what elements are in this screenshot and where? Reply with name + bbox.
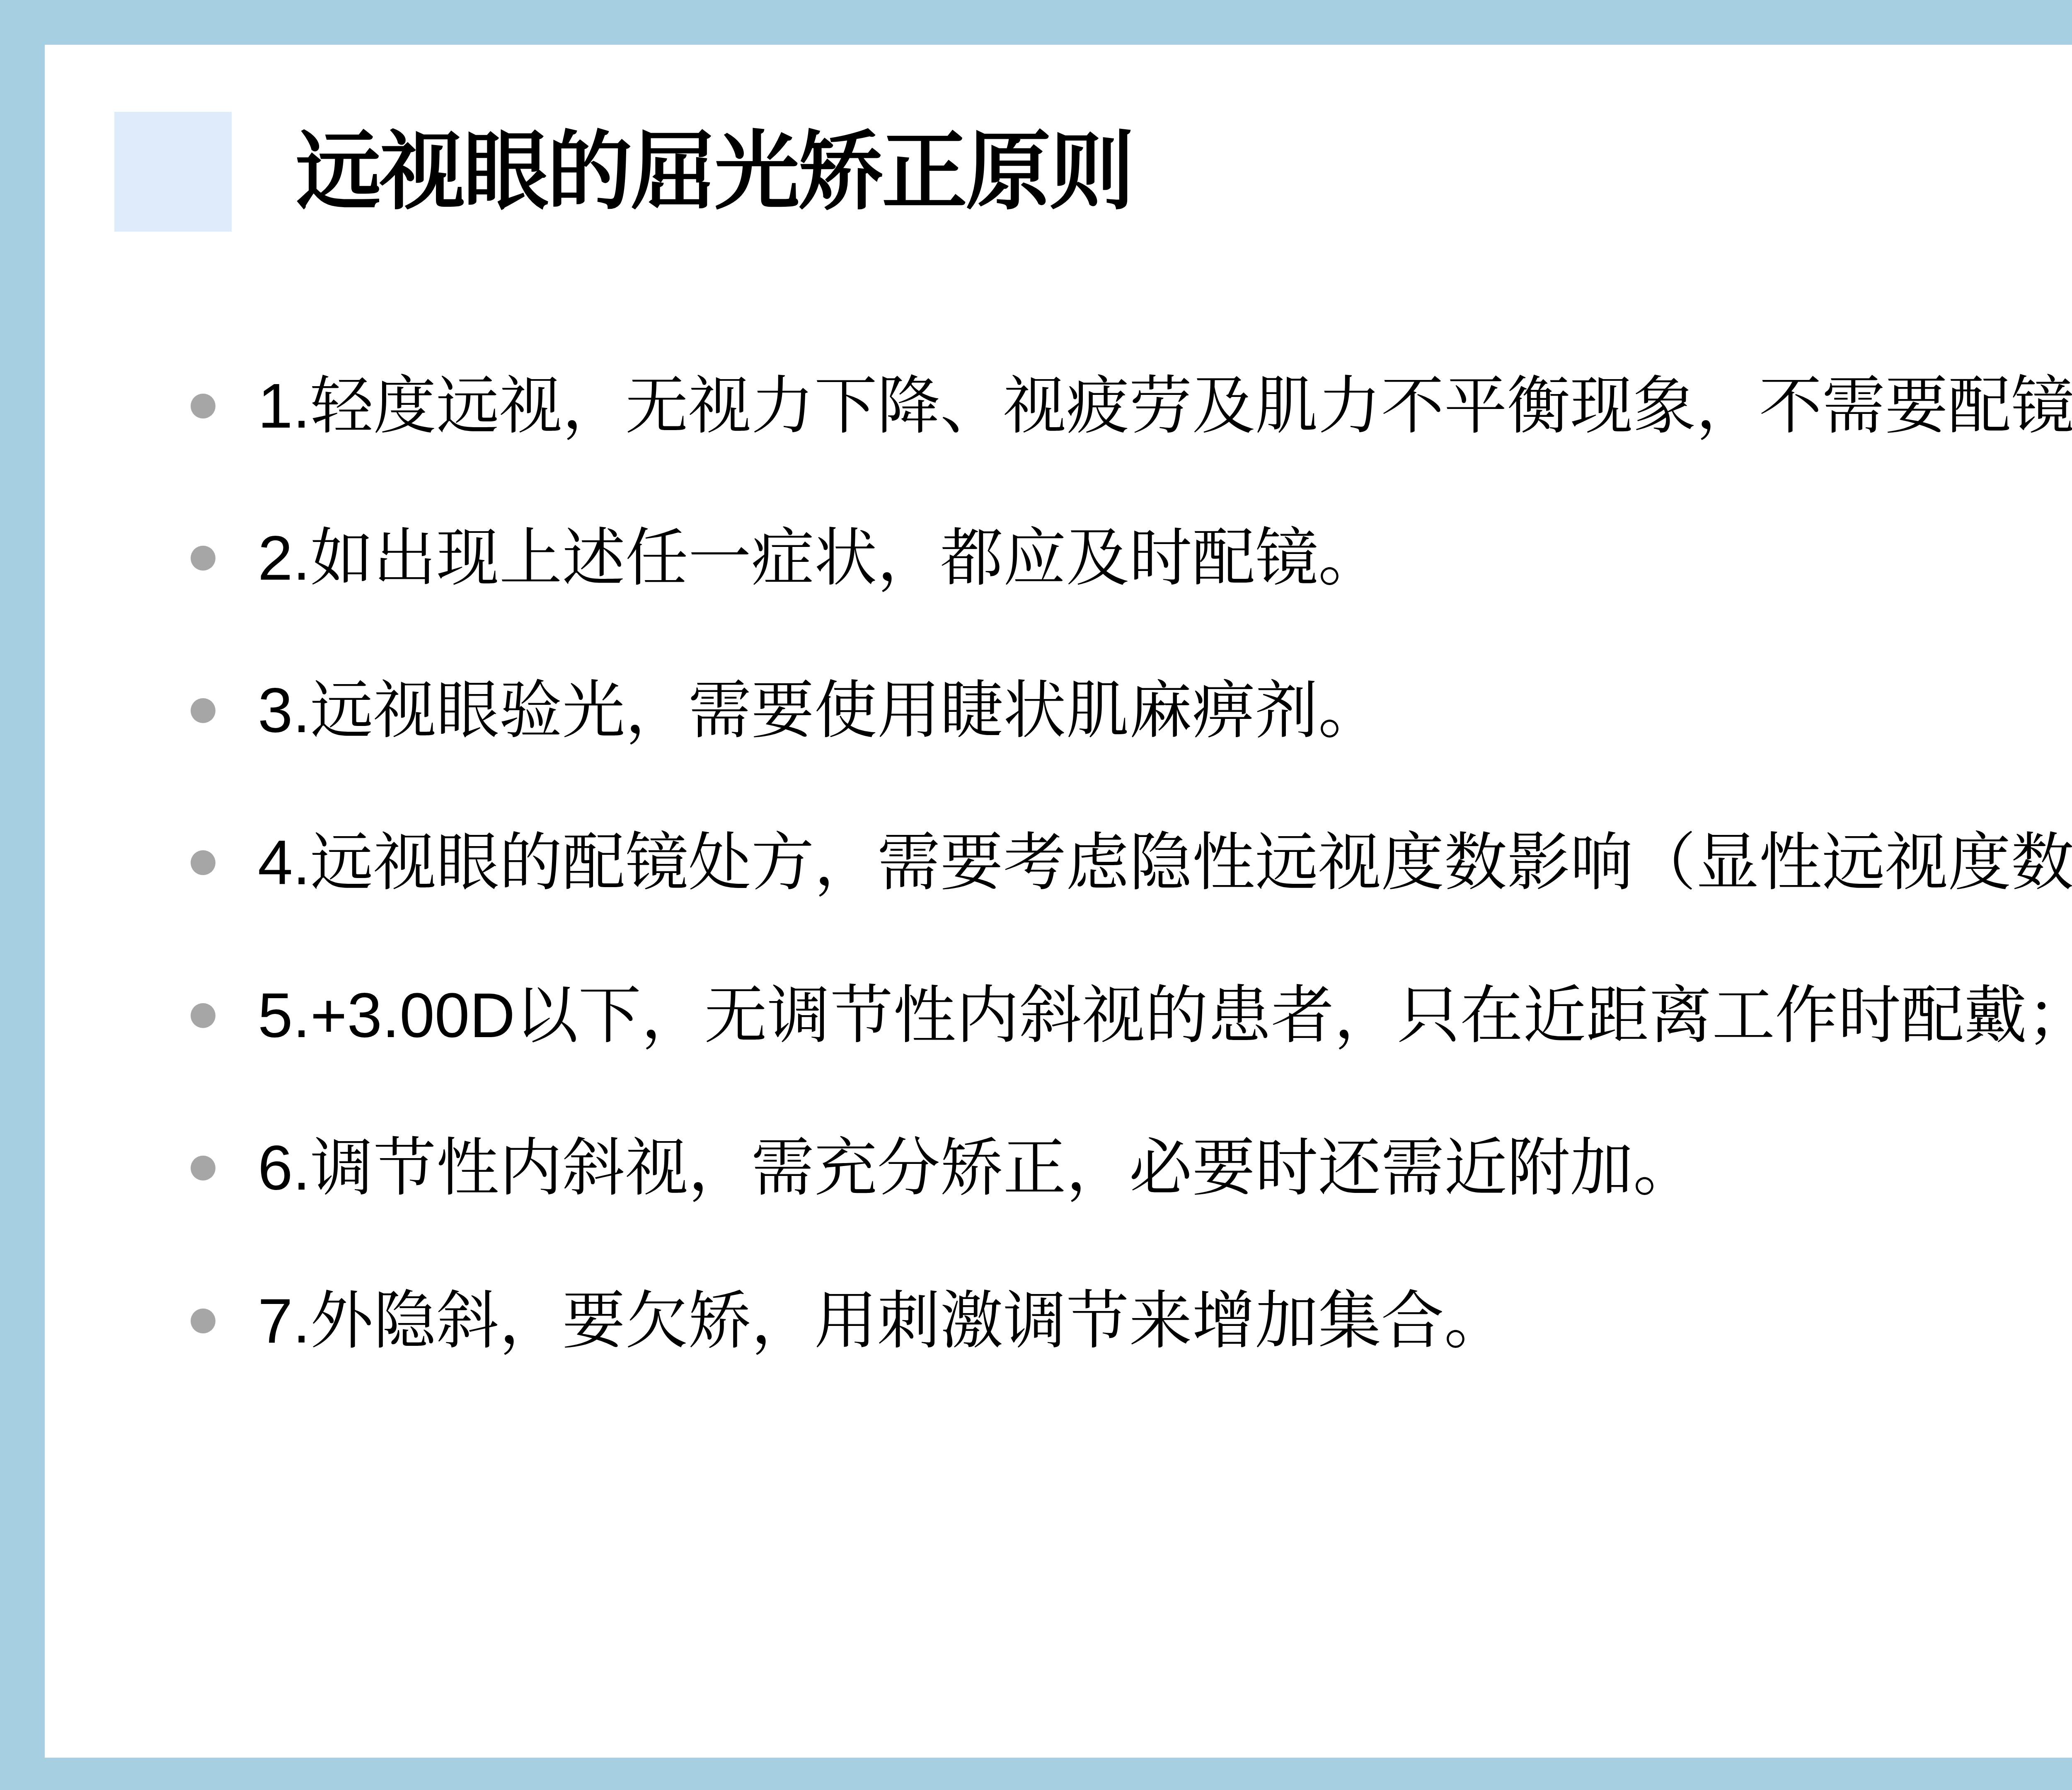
bullet-text: 1.轻度远视，无视力下降、视疲劳及肌力不平衡现象，不需要配镜。 — [258, 365, 2072, 447]
bullet-dot-icon — [191, 1156, 215, 1180]
bullet-dot-icon — [191, 546, 215, 571]
bullet-dot-icon — [191, 698, 215, 723]
bullet-dot-icon — [191, 1003, 215, 1028]
bullet-item-4: 4.远视眼的配镜处方，需要考虑隐性远视度数影响（显性远视度数+1/4隐性远视度数… — [191, 821, 2072, 904]
bullet-text: 7.外隐斜，要欠矫，用刺激调节来增加集合。 — [258, 1280, 1507, 1362]
bullet-dot-icon — [191, 1309, 215, 1333]
bullet-text: 5.+3.00D以下，无调节性内斜视的患者，只在近距离工作时配戴；+3.00D以… — [258, 974, 2072, 1057]
bullet-text: 2.如出现上述任一症状，都应及时配镜。 — [258, 517, 1381, 600]
bullet-item-6: 6.调节性内斜视，需充分矫正，必要时还需近附加。 — [191, 1127, 1696, 1209]
bullet-item-1: 1.轻度远视，无视力下降、视疲劳及肌力不平衡现象，不需要配镜。 — [191, 365, 2072, 447]
title-accent-block — [114, 112, 232, 232]
bullet-dot-icon — [191, 850, 215, 875]
bullet-dot-icon — [191, 394, 215, 418]
bullet-text: 4.远视眼的配镜处方，需要考虑隐性远视度数影响（显性远视度数+1/4隐性远视度数… — [258, 821, 2072, 904]
bullet-item-7: 7.外隐斜，要欠矫，用刺激调节来增加集合。 — [191, 1280, 1507, 1362]
bullet-text: 6.调节性内斜视，需充分矫正，必要时还需近附加。 — [258, 1127, 1696, 1209]
slide-panel: 远视眼的屈光矫正原则 1.轻度远视，无视力下降、视疲劳及肌力不平衡现象，不需要配… — [45, 45, 2072, 1758]
slide-title: 远视眼的屈光矫正原则 — [296, 122, 1133, 221]
bullet-item-5: 5.+3.00D以下，无调节性内斜视的患者，只在近距离工作时配戴；+3.00D以… — [191, 974, 2072, 1057]
bullet-item-2: 2.如出现上述任一症状，都应及时配镜。 — [191, 517, 1381, 600]
bullet-text: 3.远视眼验光，需要使用睫状肌麻痹剂。 — [258, 669, 1381, 752]
bullet-item-3: 3.远视眼验光，需要使用睫状肌麻痹剂。 — [191, 669, 1381, 752]
